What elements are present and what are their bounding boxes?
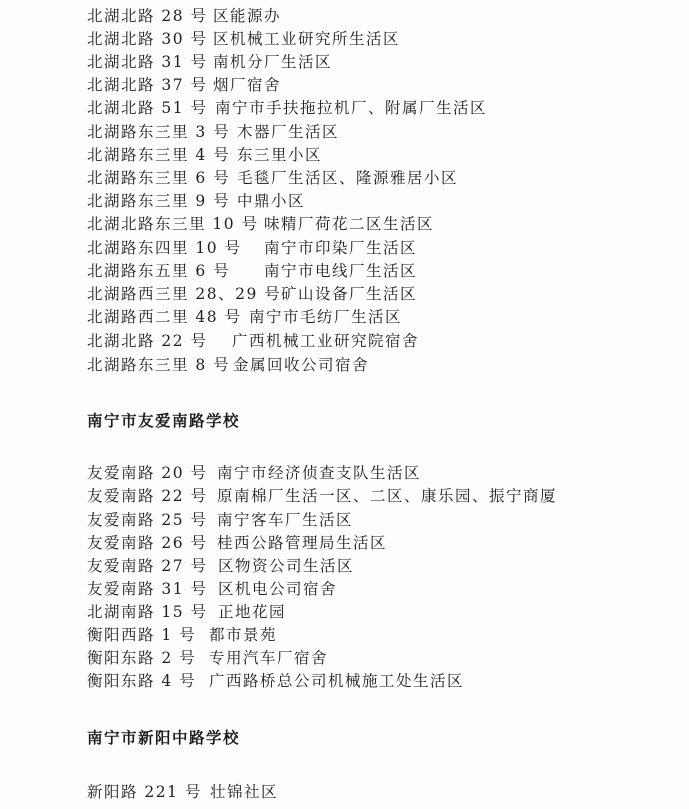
place-name: 南宁客车厂生活区 <box>217 509 353 532</box>
place-name: 正地花园 <box>218 601 286 624</box>
list-item: 友爱南路 20 号 南宁市经济侦查支队生活区 <box>87 462 208 485</box>
address: 北湖路东三里 9 号 <box>87 190 230 213</box>
address: 衡阳西路 1 号 <box>87 624 196 647</box>
address: 友爱南路 27 号 <box>87 555 208 578</box>
place-name: 区能源办 <box>213 5 281 28</box>
address: 北湖路东四里 10 号 <box>87 237 242 260</box>
place-name: 桂西公路管理局生活区 <box>217 532 387 555</box>
address: 北湖北路 22 号 <box>87 330 208 353</box>
address: 北湖路东五里 6 号 <box>87 260 230 283</box>
place-name: 都市景苑 <box>209 624 277 647</box>
address: 北湖北路 37 号 <box>87 74 208 97</box>
address: 北湖路东三里 6 号 <box>87 167 230 190</box>
list-item: 北湖路东三里 6 号 毛毯厂生活区、隆源雅居小区 <box>87 167 230 190</box>
place-name: 东三里小区 <box>237 144 322 167</box>
list-item: 北湖北路 51 号 南宁市手扶拖拉机厂、附属厂生活区 <box>87 97 208 120</box>
address: 北湖路东三里 4 号 <box>87 144 230 167</box>
place-name: 南宁市印染厂生活区 <box>264 237 417 260</box>
list-item: 友爱南路 31 号 区机电公司宿舍 <box>87 578 208 601</box>
place-name: 矿山设备厂生活区 <box>281 283 417 306</box>
address: 北湖路东三里 3 号 <box>87 121 230 144</box>
list-item: 北湖路东三里 4 号 东三里小区 <box>87 144 230 167</box>
address: 北湖路西二里 48 号 <box>87 306 242 329</box>
list-item: 北湖北路 28 号 区能源办 <box>87 5 208 28</box>
address: 友爱南路 26 号 <box>87 532 208 555</box>
list-item: 北湖北路 31 号 南机分厂生活区 <box>87 51 208 74</box>
place-name: 原南棉厂生活一区、二区、康乐园、振宁商厦 <box>217 485 557 508</box>
address: 友爱南路 20 号 <box>87 462 208 485</box>
address: 北湖南路 15 号 <box>87 601 208 624</box>
place-name: 金属回收公司宿舍 <box>233 354 369 377</box>
document-page: 北湖北路 28 号 区能源办 北湖北路 30 号 区机械工业研究所生活区 北湖北… <box>0 0 689 809</box>
list-item: 北湖北路 22 号 广西机械工业研究院宿舍 <box>87 330 208 353</box>
list-item: 北湖北路 37 号 烟厂宿舍 <box>87 74 208 97</box>
address: 北湖北路 51 号 <box>87 97 208 120</box>
address: 衡阳东路 2 号 <box>87 647 196 670</box>
list-item: 友爱南路 22 号 原南棉厂生活一区、二区、康乐园、振宁商厦 <box>87 485 208 508</box>
list-item: 友爱南路 27 号 区物资公司生活区 <box>87 555 208 578</box>
place-name: 毛毯厂生活区、隆源雅居小区 <box>237 167 458 190</box>
place-name: 区物资公司生活区 <box>218 555 354 578</box>
address: 友爱南路 31 号 <box>87 578 208 601</box>
list-item: 北湖路东三里 8 号 金属回收公司宿舍 <box>87 354 230 377</box>
list-item: 友爱南路 26 号 桂西公路管理局生活区 <box>87 532 208 555</box>
address: 北湖北路 31 号 <box>87 51 208 74</box>
place-name: 烟厂宿舍 <box>213 74 281 97</box>
list-item: 北湖北路 30 号 区机械工业研究所生活区 <box>87 28 208 51</box>
list-item: 北湖北路东三里 10 号 味精厂荷花二区生活区 <box>87 213 259 236</box>
place-name: 广西机械工业研究院宿舍 <box>232 330 419 353</box>
place-name: 南宁市电线厂生活区 <box>264 260 417 283</box>
list-item: 北湖南路 15 号 正地花园 <box>87 601 208 624</box>
place-name: 南宁市经济侦查支队生活区 <box>217 462 421 485</box>
list-item: 友爱南路 25 号 南宁客车厂生活区 <box>87 509 208 532</box>
place-name: 南机分厂生活区 <box>213 51 332 74</box>
place-name: 南宁市手扶拖拉机厂、附属厂生活区 <box>215 97 487 120</box>
place-name: 壮锦社区 <box>210 781 278 804</box>
list-item: 北湖路东三里 9 号 中鼎小区 <box>87 190 230 213</box>
place-name: 南宁市毛纺厂生活区 <box>249 306 402 329</box>
section-title-xinyang-zhonglu-school: 南宁市新阳中路学校 <box>87 727 240 750</box>
place-name: 中鼎小区 <box>237 190 305 213</box>
list-item: 衡阳东路 2 号 专用汽车厂宿舍 <box>87 647 196 670</box>
section-title-youai-nanlu-school: 南宁市友爱南路学校 <box>87 410 240 433</box>
place-name: 区机电公司宿舍 <box>218 578 337 601</box>
list-item: 北湖路东三里 3 号 木器厂生活区 <box>87 121 230 144</box>
place-name: 味精厂荷花二区生活区 <box>264 213 434 236</box>
list-item: 新阳路 221 号 壮锦社区 <box>87 781 202 804</box>
list-item: 衡阳东路 4 号 广西路桥总公司机械施工处生活区 <box>87 670 196 693</box>
place-name: 广西路桥总公司机械施工处生活区 <box>209 670 464 693</box>
address: 衡阳东路 4 号 <box>87 670 196 693</box>
address: 新阳路 221 号 <box>87 781 202 804</box>
address: 北湖北路东三里 10 号 <box>87 213 259 236</box>
list-item: 北湖路西二里 48 号 南宁市毛纺厂生活区 <box>87 306 242 329</box>
address: 北湖北路 30 号 <box>87 28 208 51</box>
address: 北湖路西三里 28、29 号 <box>87 283 281 306</box>
list-item: 北湖路西三里 28、29 号 矿山设备厂生活区 <box>87 283 281 306</box>
address: 北湖北路 28 号 <box>87 5 208 28</box>
list-item: 衡阳西路 1 号 都市景苑 <box>87 624 196 647</box>
list-item: 北湖路东五里 6 号 南宁市电线厂生活区 <box>87 260 230 283</box>
address: 友爱南路 25 号 <box>87 509 208 532</box>
list-item: 北湖路东四里 10 号 南宁市印染厂生活区 <box>87 237 242 260</box>
address: 北湖路东三里 8 号 <box>87 354 230 377</box>
address: 友爱南路 22 号 <box>87 485 208 508</box>
place-name: 专用汽车厂宿舍 <box>209 647 328 670</box>
place-name: 木器厂生活区 <box>237 121 339 144</box>
place-name: 区机械工业研究所生活区 <box>213 28 400 51</box>
